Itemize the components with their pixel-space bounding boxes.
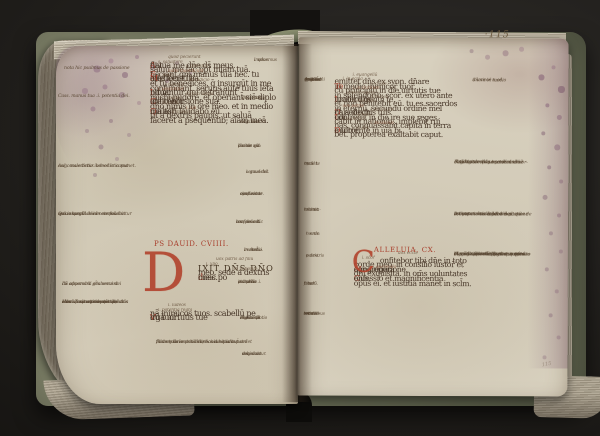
right-page: ·115 hoc de xp̄o dicitur qui sedm carnē… [297,38,568,397]
psalm-108-text-column: quod pecieruntfiat. Adiuua me dn̄e ds̄ m… [150,56,286,116]
left-page: nota hic psalmus de passione Cass. manus… [56,46,298,404]
mold-stains-right [533,46,535,48]
open-book: nota hic psalmus de passione Cass. manus… [36,26,588,412]
psalm-109-text: i. iudeosnā inimicos tuos. scabellū pe… [150,304,286,313]
psalm-109-incipit: uox patris ad filiūIXIT DN̄S DN̄Oi. xp̄… [198,258,284,273]
mold-stains-left [66,50,68,52]
psalm-109-text-column: i. euangeliūemittet dn̄s ex syon. dn̄ar… [334,74,476,132]
top-commentary: hoc de xp̄o dicitur qui sedm carnē de s… [313,43,561,44]
manuscript-photo: nota hic psalmus de passione Cass. manus… [0,0,600,436]
